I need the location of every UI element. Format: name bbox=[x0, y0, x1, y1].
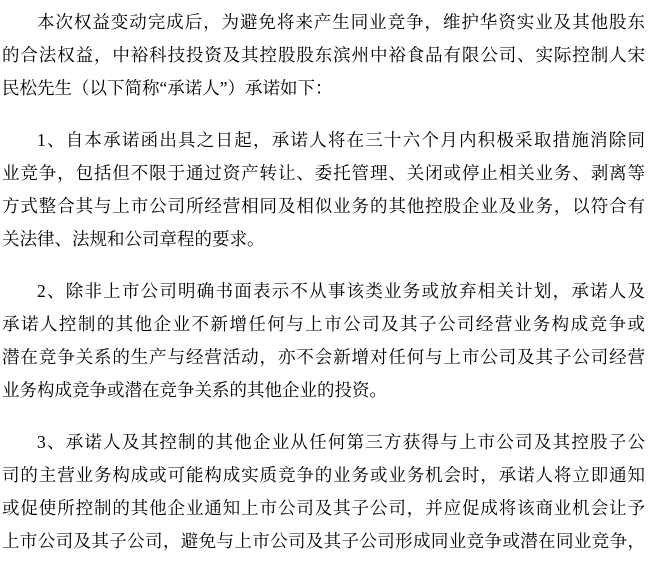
text-line: 3、承诺人及其控制的其他企业从任何第三方获得与上市公司及其控股子公 bbox=[2, 426, 645, 459]
text-line: 2、除非上市公司明确书面表示不从事该类业务或放弃相关计划，承诺人及 bbox=[2, 275, 645, 308]
paragraph: 本次权益变动完成后，为避免将来产生同业竞争，维护华资实业及其他股东的合法权益，中… bbox=[2, 6, 645, 105]
text-line: 1、自本承诺函出具之日起，承诺人将在三十六个月内积极采取措施消除同 bbox=[2, 124, 645, 157]
paragraph: 2、除非上市公司明确书面表示不从事该类业务或放弃相关计划，承诺人及承诺人控制的其… bbox=[2, 275, 645, 407]
text-line: 关法律、法规和公司章程的要求。 bbox=[2, 223, 645, 256]
text-line: 承诺人控制的其他企业不新增任何与上市公司及其子公司经营业务构成竞争或 bbox=[2, 308, 645, 341]
text-line: 潜在竞争关系的生产与经营活动，亦不会新增对任何与上市公司及其子公司经营 bbox=[2, 341, 645, 374]
document-page: 本次权益变动完成后，为避免将来产生同业竞争，维护华资实业及其他股东的合法权益，中… bbox=[0, 0, 648, 569]
text-line: 本次权益变动完成后，为避免将来产生同业竞争，维护华资实业及其他股东 bbox=[2, 6, 645, 39]
text-line: 司的主营业务构成或可能构成实质竞争的业务或业务机会时，承诺人将立即通知 bbox=[2, 459, 645, 492]
text-line: 或促使所控制的其他企业通知上市公司及其子公司，并应促成将该商业机会让予 bbox=[2, 492, 645, 525]
text-line: 业务构成竞争或潜在竞争关系的其他企业的投资。 bbox=[2, 374, 645, 407]
text-line: 民松先生（以下简称“承诺人”）承诺如下： bbox=[2, 72, 645, 105]
text-line: 上市公司及其子公司，避免与上市公司及其子公司形成同业竞争或潜在同业竞争， bbox=[2, 525, 645, 558]
paragraph: 3、承诺人及其控制的其他企业从任何第三方获得与上市公司及其控股子公司的主营业务构… bbox=[2, 426, 645, 558]
text-line: 方式整合其与上市公司所经营相同及相似业务的其他控股企业及业务，以符合有 bbox=[2, 190, 645, 223]
paragraph: 1、自本承诺函出具之日起，承诺人将在三十六个月内积极采取措施消除同业竞争，包括但… bbox=[2, 124, 645, 256]
text-line: 业竞争，包括但不限于通过资产转让、委托管理、关闭或停止相关业务、剥离等 bbox=[2, 157, 645, 190]
text-line: 的合法权益，中裕科技投资及其控股股东滨州中裕食品有限公司、实际控制人宋 bbox=[2, 39, 645, 72]
